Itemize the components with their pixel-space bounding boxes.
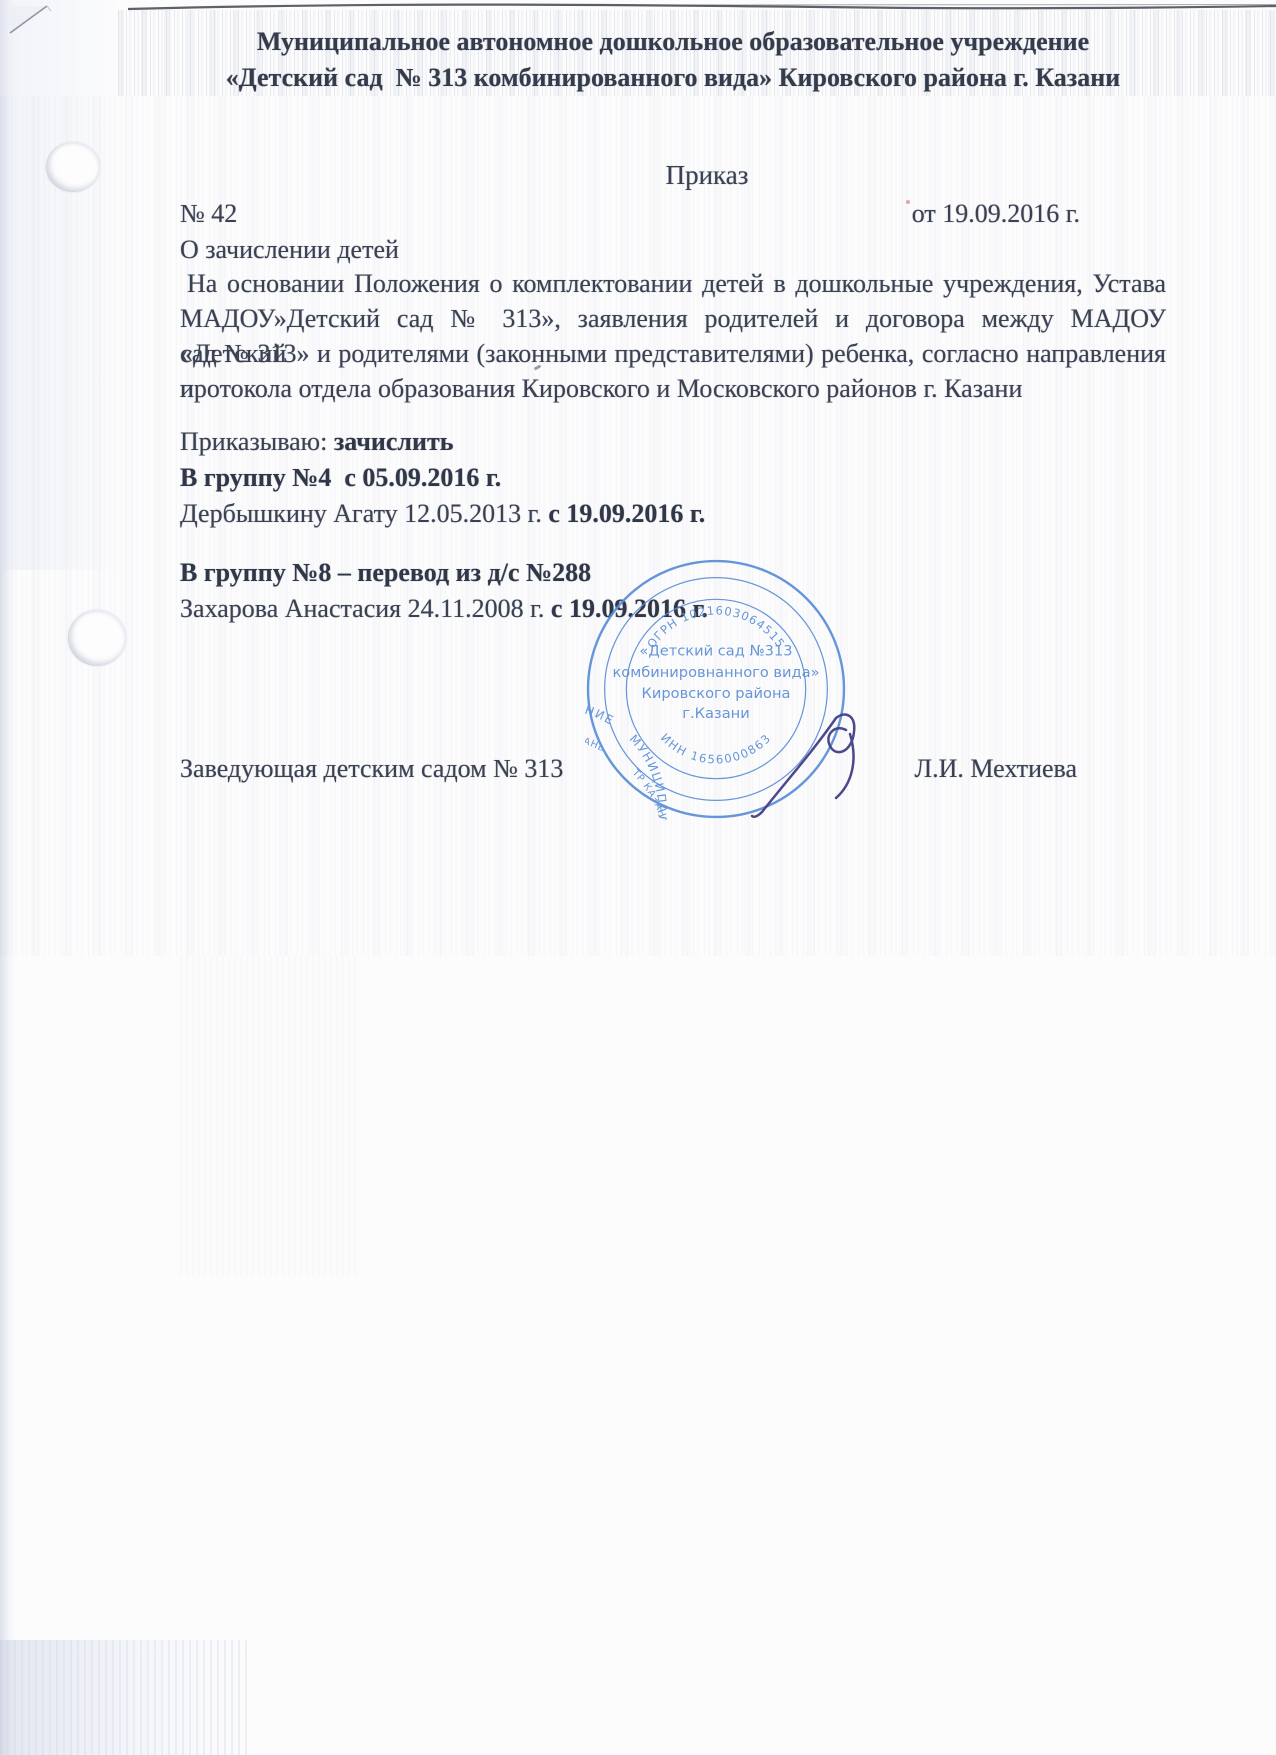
folded-corner xyxy=(6,2,58,38)
signer-name: Л.И. Мехтиева xyxy=(914,751,1166,786)
scan-streaks-lower xyxy=(180,956,360,1276)
svg-text:«Детский сад №313: «Детский сад №313 xyxy=(639,643,792,660)
decree-prefix: Приказываю: xyxy=(180,427,334,456)
org-header-line-1: Муниципальное автономное дошкольное обра… xyxy=(180,24,1166,59)
scan-gray-wash xyxy=(0,0,160,570)
order-subject: О зачислении детей xyxy=(180,232,1166,267)
page-top-edge-line xyxy=(0,0,1276,16)
group-4-heading: В группу №4 с 05.09.2016 г. xyxy=(180,460,1166,495)
order-number: № 42 xyxy=(180,196,237,231)
scan-streaks-bottom-left xyxy=(0,1640,250,1755)
order-meta-row: № 42 от 19.09.2016 г. xyxy=(180,196,1166,231)
decree-action: зачислить xyxy=(334,427,454,456)
body-paragraph-line-1: На основании Положения о комплектовании … xyxy=(180,266,1166,301)
org-header-line-2: «Детский сад № 313 комбинированного вида… xyxy=(180,60,1166,95)
svg-text:комбинировнанного вида»: комбинировнанного вида» xyxy=(612,664,819,681)
signature-row: Заведующая детским садом № 313 Л.И. Мехт… xyxy=(180,751,1166,786)
document-title: Приказ xyxy=(214,158,1200,193)
entry-1-date: с 19.09.2016 г. xyxy=(548,499,705,528)
enrollment-entry-1: Дербышкину Агату 12.05.2013 г. с 19.09.2… xyxy=(180,496,1166,531)
punch-hole-top xyxy=(46,142,100,192)
body-paragraph-line-4: протокола отдела образования Кировского … xyxy=(180,371,1166,406)
scanned-order-page: Муниципальное автономное дошкольное обра… xyxy=(0,0,1276,1755)
signer-title: Заведующая детским садом № 313 xyxy=(180,751,563,786)
decree-line: Приказываю: зачислить xyxy=(180,424,1166,459)
order-date: от 19.09.2016 г. xyxy=(912,196,1166,231)
punch-hole-bottom xyxy=(68,610,126,666)
entry-2-name: Захарова Анастасия 24.11.2008 г. xyxy=(180,594,544,623)
entry-1-name: Дербышкину Агату 12.05.2013 г. xyxy=(180,499,542,528)
